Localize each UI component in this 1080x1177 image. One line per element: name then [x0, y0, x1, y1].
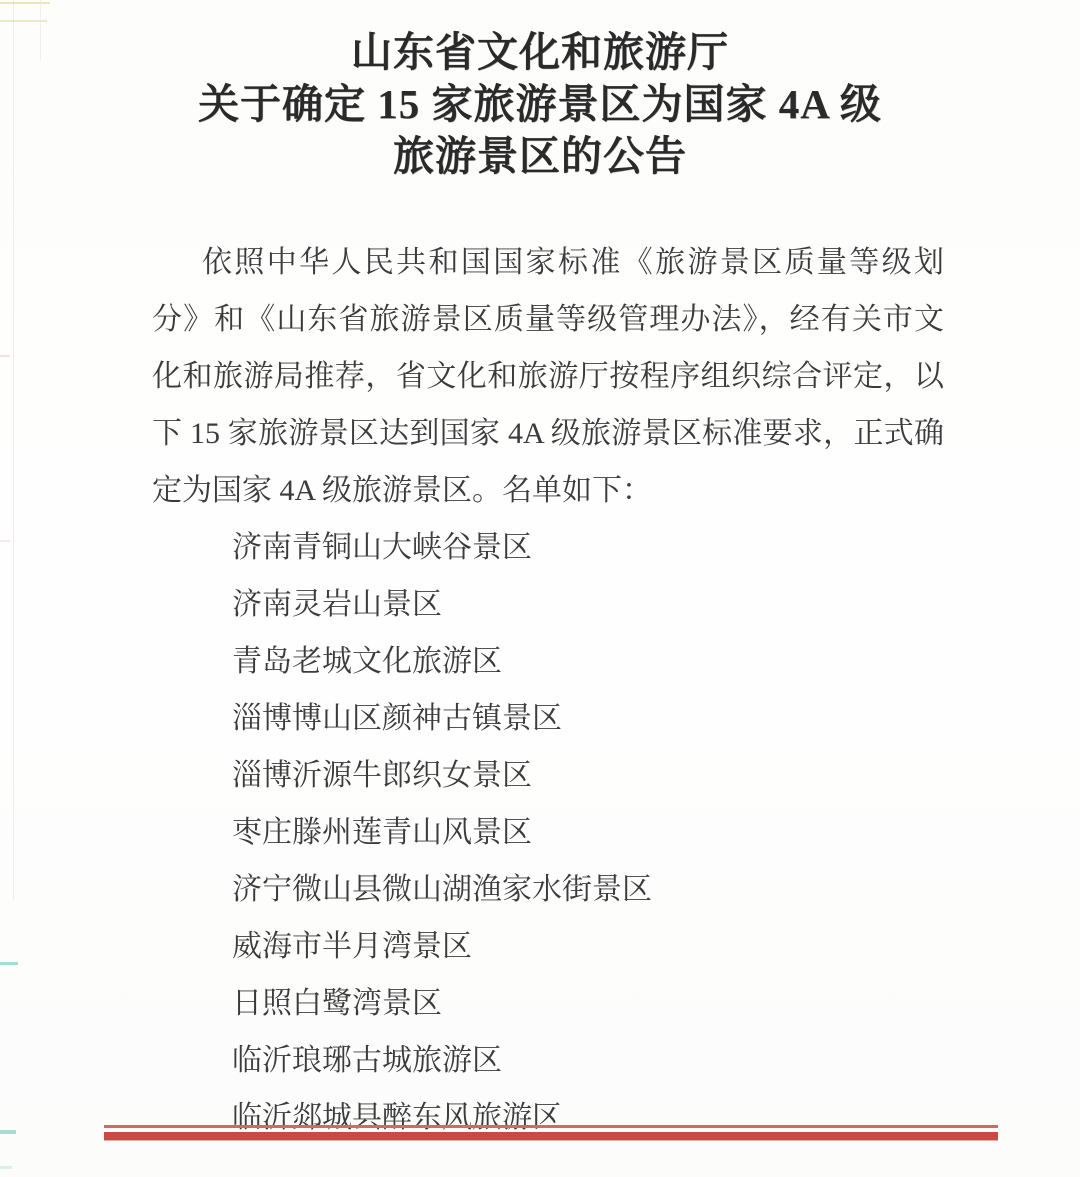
list-item: 淄博博山区颜神古镇景区	[232, 690, 944, 747]
scenic-spot-list: 济南青铜山大峡谷景区 济南灵岩山景区 青岛老城文化旅游区 淄博博山区颜神古镇景区…	[152, 519, 944, 1146]
list-item: 济宁微山县微山湖渔家水街景区	[232, 861, 944, 918]
paragraph-line: 依照中华人民共和国国家标准《旅游景区质量等级划	[152, 234, 944, 291]
document-body: 依照中华人民共和国国家标准《旅游景区质量等级划 分》和《山东省旅游景区质量等级管…	[152, 234, 944, 1146]
list-item: 济南青铜山大峡谷景区	[232, 519, 944, 576]
scan-mark-teal-1	[0, 962, 18, 965]
bottom-red-divider	[104, 1125, 998, 1140]
red-divider-thick-line	[104, 1132, 998, 1140]
scan-mark-yellow-top-2	[0, 20, 47, 22]
title-line-3: 旅游景区的公告	[0, 130, 1080, 182]
list-item: 临沂琅琊古城旅游区	[232, 1032, 944, 1089]
scan-mark-teal-2	[0, 1130, 16, 1134]
document-page: 山东省文化和旅游厅 关于确定 15 家旅游景区为国家 4A 级 旅游景区的公告 …	[0, 0, 1080, 1177]
scan-mark-pink-1	[0, 355, 10, 357]
paragraph-line: 分》和《山东省旅游景区质量等级管理办法》，经有关市文	[152, 291, 944, 348]
list-item: 青岛老城文化旅游区	[232, 633, 944, 690]
scan-mark-pink-2	[0, 540, 10, 542]
list-item: 淄博沂源牛郎织女景区	[232, 747, 944, 804]
paragraph-line: 化和旅游局推荐，省文化和旅游厅按程序组织综合评定，以	[152, 348, 944, 405]
list-item: 济南灵岩山景区	[232, 576, 944, 633]
list-item: 日照白鹭湾景区	[232, 975, 944, 1032]
title-line-1: 山东省文化和旅游厅	[0, 26, 1080, 78]
intro-paragraph: 依照中华人民共和国国家标准《旅游景区质量等级划 分》和《山东省旅游景区质量等级管…	[152, 234, 944, 519]
paragraph-line: 定为国家 4A 级旅游景区。名单如下：	[152, 462, 944, 519]
scan-mark-teal-3	[0, 1166, 12, 1169]
list-item: 威海市半月湾景区	[232, 918, 944, 975]
scan-mark-yellow-top-1	[0, 2, 50, 4]
paragraph-line: 下 15 家旅游景区达到国家 4A 级旅游景区标准要求，正式确	[152, 405, 944, 462]
document-title: 山东省文化和旅游厅 关于确定 15 家旅游景区为国家 4A 级 旅游景区的公告	[0, 26, 1080, 182]
title-line-2: 关于确定 15 家旅游景区为国家 4A 级	[0, 78, 1080, 130]
list-item: 枣庄滕州莲青山风景区	[232, 804, 944, 861]
